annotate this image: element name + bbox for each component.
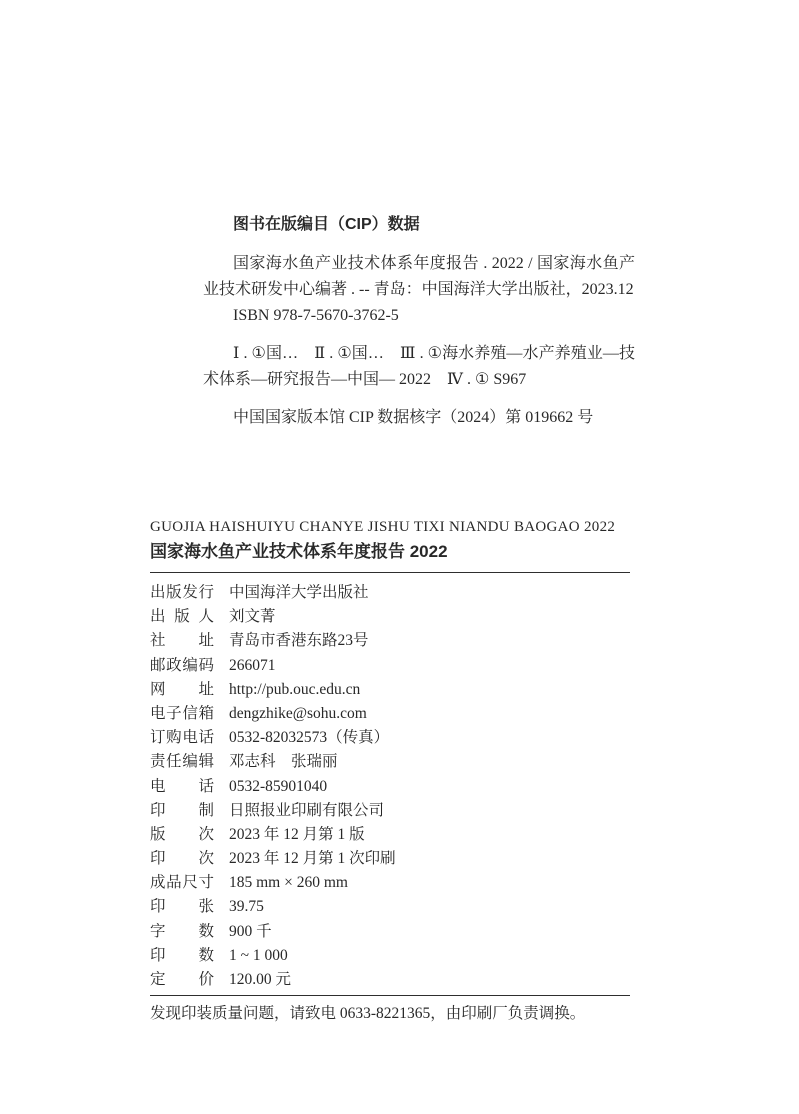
row-value: dengzhike@sohu.com [229,705,630,723]
colophon-row-postcode: 邮政编码 266071 [150,653,630,677]
row-label: 字数 [150,919,214,941]
row-value: 900 千 [229,919,630,941]
row-value: 2023 年 12 月第 1 次印刷 [229,846,630,868]
colophon-row-website: 网址 http://pub.ouc.edu.cn [150,677,630,701]
title-chinese: 国家海水鱼产业技术体系年度报告 2022 [150,541,630,563]
row-value: http://pub.ouc.edu.cn [229,681,630,699]
colophon-row-phone: 电话 0532-85901040 [150,774,630,798]
cip-header: 图书在版编目（CIP）数据 [203,212,635,238]
row-label: 网址 [150,677,214,699]
row-label: 出版人 [150,604,214,626]
row-label: 印张 [150,894,214,916]
row-value: 266071 [229,657,630,675]
colophon-row-printer: 印制 日照报业印刷有限公司 [150,798,630,822]
copyright-page: 图书在版编目（CIP）数据 国家海水鱼产业技术体系年度报告 . 2022 / 国… [0,0,799,1114]
row-label: 出版发行 [150,580,214,602]
row-value: 刘文菁 [229,604,630,626]
row-label: 定价 [150,967,214,989]
colophon-row-editors: 责任编辑 邓志科 张瑞丽 [150,749,630,773]
row-value: 120.00 元 [229,967,630,989]
colophon-row-publisher: 出版发行 中国海洋大学出版社 [150,580,630,604]
row-value: 39.75 [229,898,630,916]
row-label: 印制 [150,798,214,820]
colophon-row-print-run: 印数 1 ~ 1 000 [150,943,630,967]
colophon-row-sheets: 印张 39.75 [150,894,630,918]
colophon-row-price: 定价 120.00 元 [150,967,630,991]
title-divider [150,572,630,573]
row-label: 社址 [150,628,214,650]
colophon-row-order-phone: 订购电话 0532-82032573（传真） [150,725,630,749]
colophon-list: 出版发行 中国海洋大学出版社 出版人 刘文菁 社址 青岛市香港东路23号 邮政编… [150,580,630,991]
colophon-row-size: 成品尺寸 185 mm × 260 mm [150,870,630,894]
row-label: 订购电话 [150,725,214,747]
row-label: 印数 [150,943,214,965]
colophon-row-wordcount: 字数 900 千 [150,919,630,943]
row-label: 邮政编码 [150,653,214,675]
row-label: 版次 [150,822,214,844]
cip-description: 国家海水鱼产业技术体系年度报告 . 2022 / 国家海水鱼产业技术研发中心编著… [203,251,635,303]
row-label: 成品尺寸 [150,870,214,892]
row-label: 电子信箱 [150,701,214,723]
row-label: 印次 [150,846,214,868]
colophon-row-impression: 印次 2023 年 12 月第 1 次印刷 [150,846,630,870]
row-value: 185 mm × 260 mm [229,874,630,892]
colophon-section: GUOJIA HAISHUIYU CHANYE JISHU TIXI NIAND… [150,518,630,1024]
footer-divider [150,995,630,996]
row-value: 中国海洋大学出版社 [229,580,630,602]
row-value: 邓志科 张瑞丽 [229,749,630,771]
colophon-row-edition: 版次 2023 年 12 月第 1 版 [150,822,630,846]
colophon-row-publisher-person: 出版人 刘文菁 [150,604,630,628]
cip-section: 图书在版编目（CIP）数据 国家海水鱼产业技术体系年度报告 . 2022 / 国… [203,212,635,431]
row-value: 1 ~ 1 000 [229,947,630,965]
row-value: 0532-85901040 [229,778,630,796]
cip-record-number: 中国国家版本馆 CIP 数据核字（2024）第 019662 号 [203,405,635,431]
row-value: 青岛市香港东路23号 [229,628,630,650]
colophon-row-address: 社址 青岛市香港东路23号 [150,628,630,652]
cip-classification: Ⅰ . ①国… Ⅱ . ①国… Ⅲ . ①海水养殖—水产养殖业—技术体系—研究报… [203,341,635,393]
colophon-row-email: 电子信箱 dengzhike@sohu.com [150,701,630,725]
title-pinyin: GUOJIA HAISHUIYU CHANYE JISHU TIXI NIAND… [150,518,630,536]
row-value: 0532-82032573（传真） [229,725,630,747]
row-value: 日照报业印刷有限公司 [229,798,630,820]
cip-isbn: ISBN 978-7-5670-3762-5 [203,303,635,329]
row-label: 电话 [150,774,214,796]
row-value: 2023 年 12 月第 1 版 [229,822,630,844]
footer-note: 发现印装质量问题，请致电 0633-8221365，由印刷厂负责调换。 [150,1004,630,1024]
row-label: 责任编辑 [150,749,214,771]
